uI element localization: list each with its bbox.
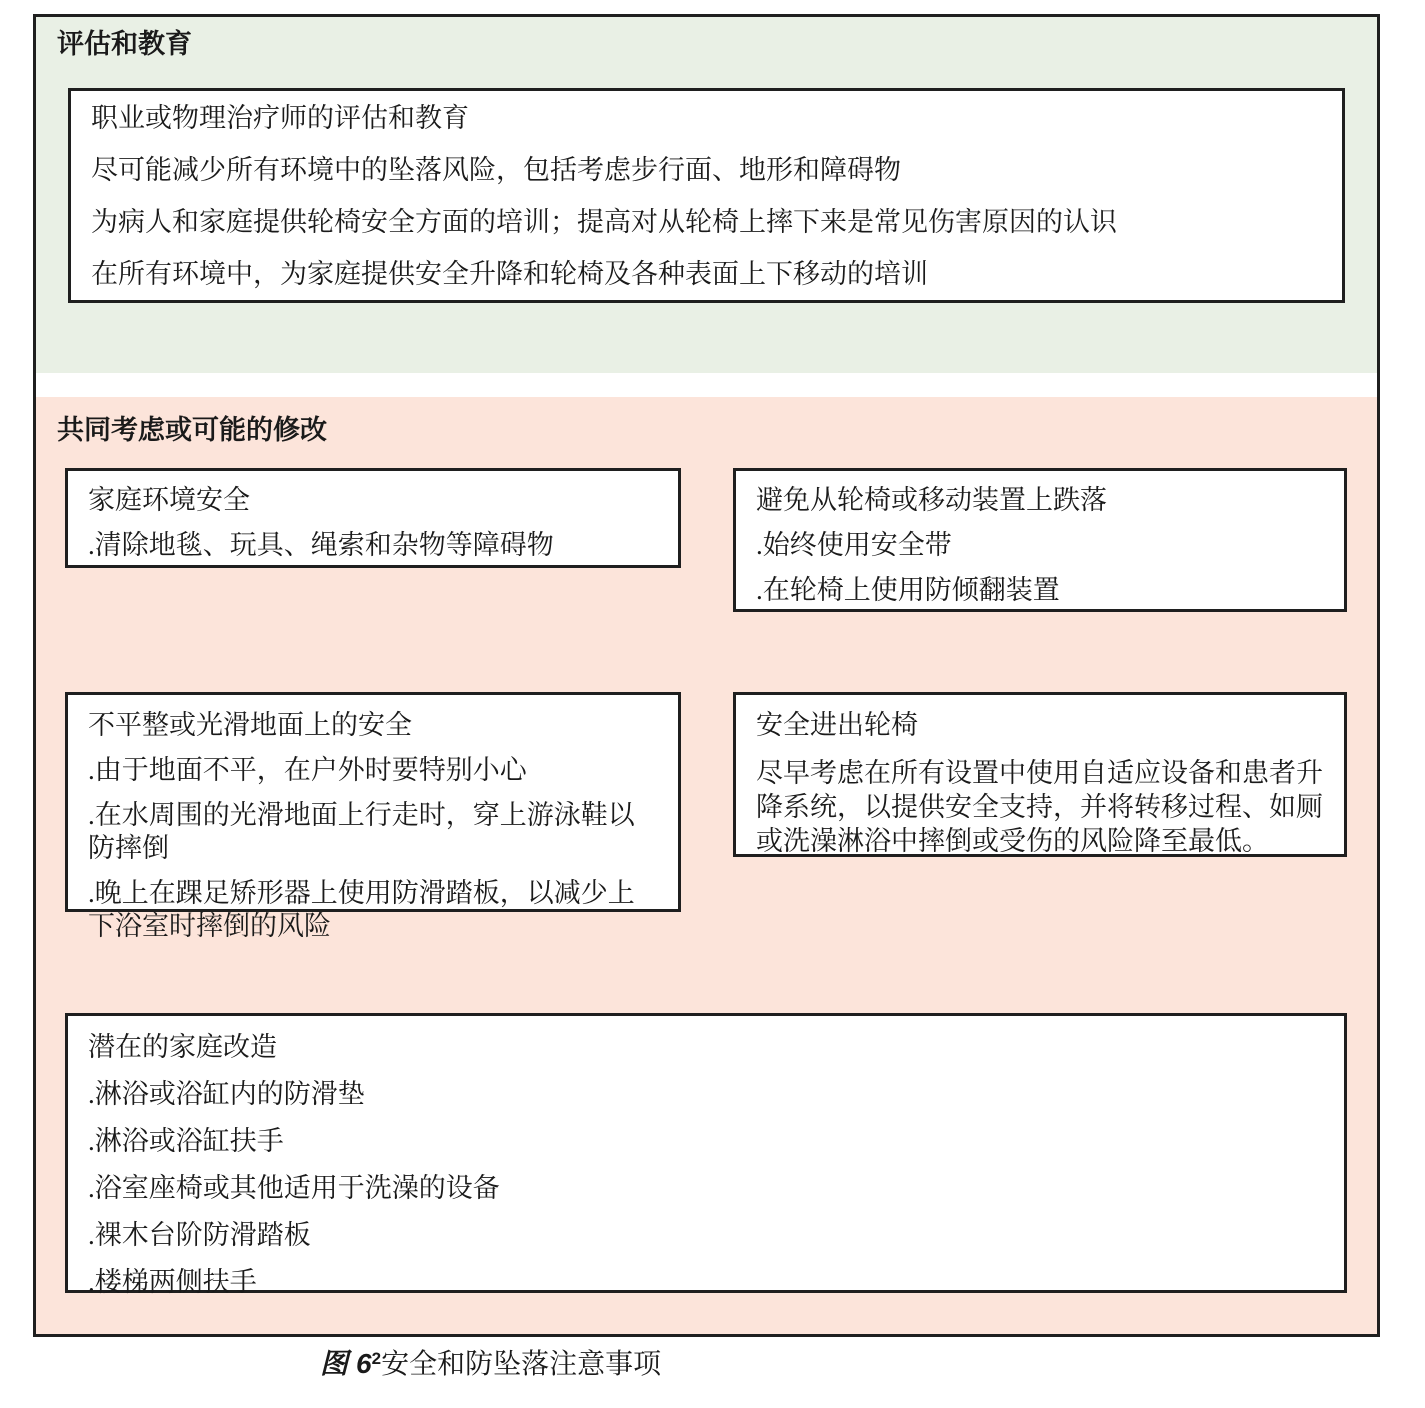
uneven-slippery-ground-safety-box: 不平整或光滑地面上的安全 .由于地面不平，在户外时要特别小心 .在水周围的光滑地… [65, 692, 681, 912]
box-item: .晚上在踝足矫形器上使用防滑踏板，以减少上下浴室时摔倒的风险 [88, 877, 658, 943]
box-item: .清除地毯、玩具、绳索和杂物等障碍物 [88, 529, 658, 562]
home-environment-safety-box: 家庭环境安全 .清除地毯、玩具、绳索和杂物等障碍物 [65, 468, 681, 568]
box-item: .浴室座椅或其他适用于洗澡的设备 [88, 1172, 1324, 1205]
figure-label: 图 [320, 1349, 348, 1380]
potential-home-modifications-box: 潜在的家庭改造 .淋浴或浴缸内的防滑垫 .淋浴或浴缸扶手 .浴室座椅或其他适用于… [65, 1013, 1347, 1293]
section-assessment-education: 评估和教育 职业或物理治疗师的评估和教育 尽可能减少所有环境中的坠落风险，包括考… [36, 17, 1377, 373]
caption-text: 安全和防坠落注意事项 [381, 1349, 661, 1380]
assessment-education-box: 职业或物理治疗师的评估和教育 尽可能减少所有环境中的坠落风险，包括考虑步行面、地… [68, 88, 1345, 303]
safe-wheelchair-transfer-box: 安全进出轮椅 尽早考虑在所有设置中使用自适应设备和患者升降系统，以提供安全支持，… [733, 692, 1347, 857]
box-item: .淋浴或浴缸扶手 [88, 1125, 1324, 1158]
assessment-line-2: 尽可能减少所有环境中的坠落风险，包括考虑步行面、地形和障碍物 [91, 144, 1322, 196]
reference-superscript: 2 [372, 1349, 381, 1368]
box-item: .在水周围的光滑地面上行走时，穿上游泳鞋以防摔倒 [88, 799, 658, 865]
box-item: .裸木台阶防滑踏板 [88, 1219, 1324, 1252]
box-item: .在轮椅上使用防倾翻装置 [756, 574, 1324, 607]
box-title: 安全进出轮椅 [756, 709, 1324, 742]
assessment-line-1: 职业或物理治疗师的评估和教育 [91, 92, 1322, 144]
assessment-section-title: 评估和教育 [57, 27, 192, 61]
paper-figure-page: 评估和教育 职业或物理治疗师的评估和教育 尽可能减少所有环境中的坠落风险，包括考… [0, 0, 1425, 1408]
box-item: .始终使用安全带 [756, 529, 1324, 562]
figure-number: 6 [356, 1348, 372, 1379]
figure-frame: 评估和教育 职业或物理治疗师的评估和教育 尽可能减少所有环境中的坠落风险，包括考… [33, 14, 1380, 1337]
figure-caption: 图62安全和防坠落注意事项 [320, 1346, 661, 1383]
assessment-line-4: 在所有环境中，为家庭提供安全升降和轮椅及各种表面上下移动的培训 [91, 248, 1322, 300]
assessment-line-3: 为病人和家庭提供轮椅安全方面的培训；提高对从轮椅上摔下来是常见伤害原因的认识 [91, 196, 1322, 248]
avoid-wheelchair-falls-box: 避免从轮椅或移动装置上跌落 .始终使用安全带 .在轮椅上使用防倾翻装置 [733, 468, 1347, 612]
box-title: 家庭环境安全 [88, 484, 658, 517]
box-item: .由于地面不平，在户外时要特别小心 [88, 754, 658, 787]
box-paragraph: 尽早考虑在所有设置中使用自适应设备和患者升降系统，以提供安全支持，并将转移过程、… [756, 756, 1324, 858]
section-common-modifications: 共同考虑或可能的修改 家庭环境安全 .清除地毯、玩具、绳索和杂物等障碍物 避免从… [36, 397, 1377, 1334]
box-title: 不平整或光滑地面上的安全 [88, 709, 658, 742]
box-title: 避免从轮椅或移动装置上跌落 [756, 484, 1324, 517]
modifications-section-title: 共同考虑或可能的修改 [57, 413, 327, 447]
box-title: 潜在的家庭改造 [88, 1031, 1324, 1064]
box-item: .楼梯两侧扶手 [88, 1266, 1324, 1299]
box-item: .淋浴或浴缸内的防滑垫 [88, 1078, 1324, 1111]
